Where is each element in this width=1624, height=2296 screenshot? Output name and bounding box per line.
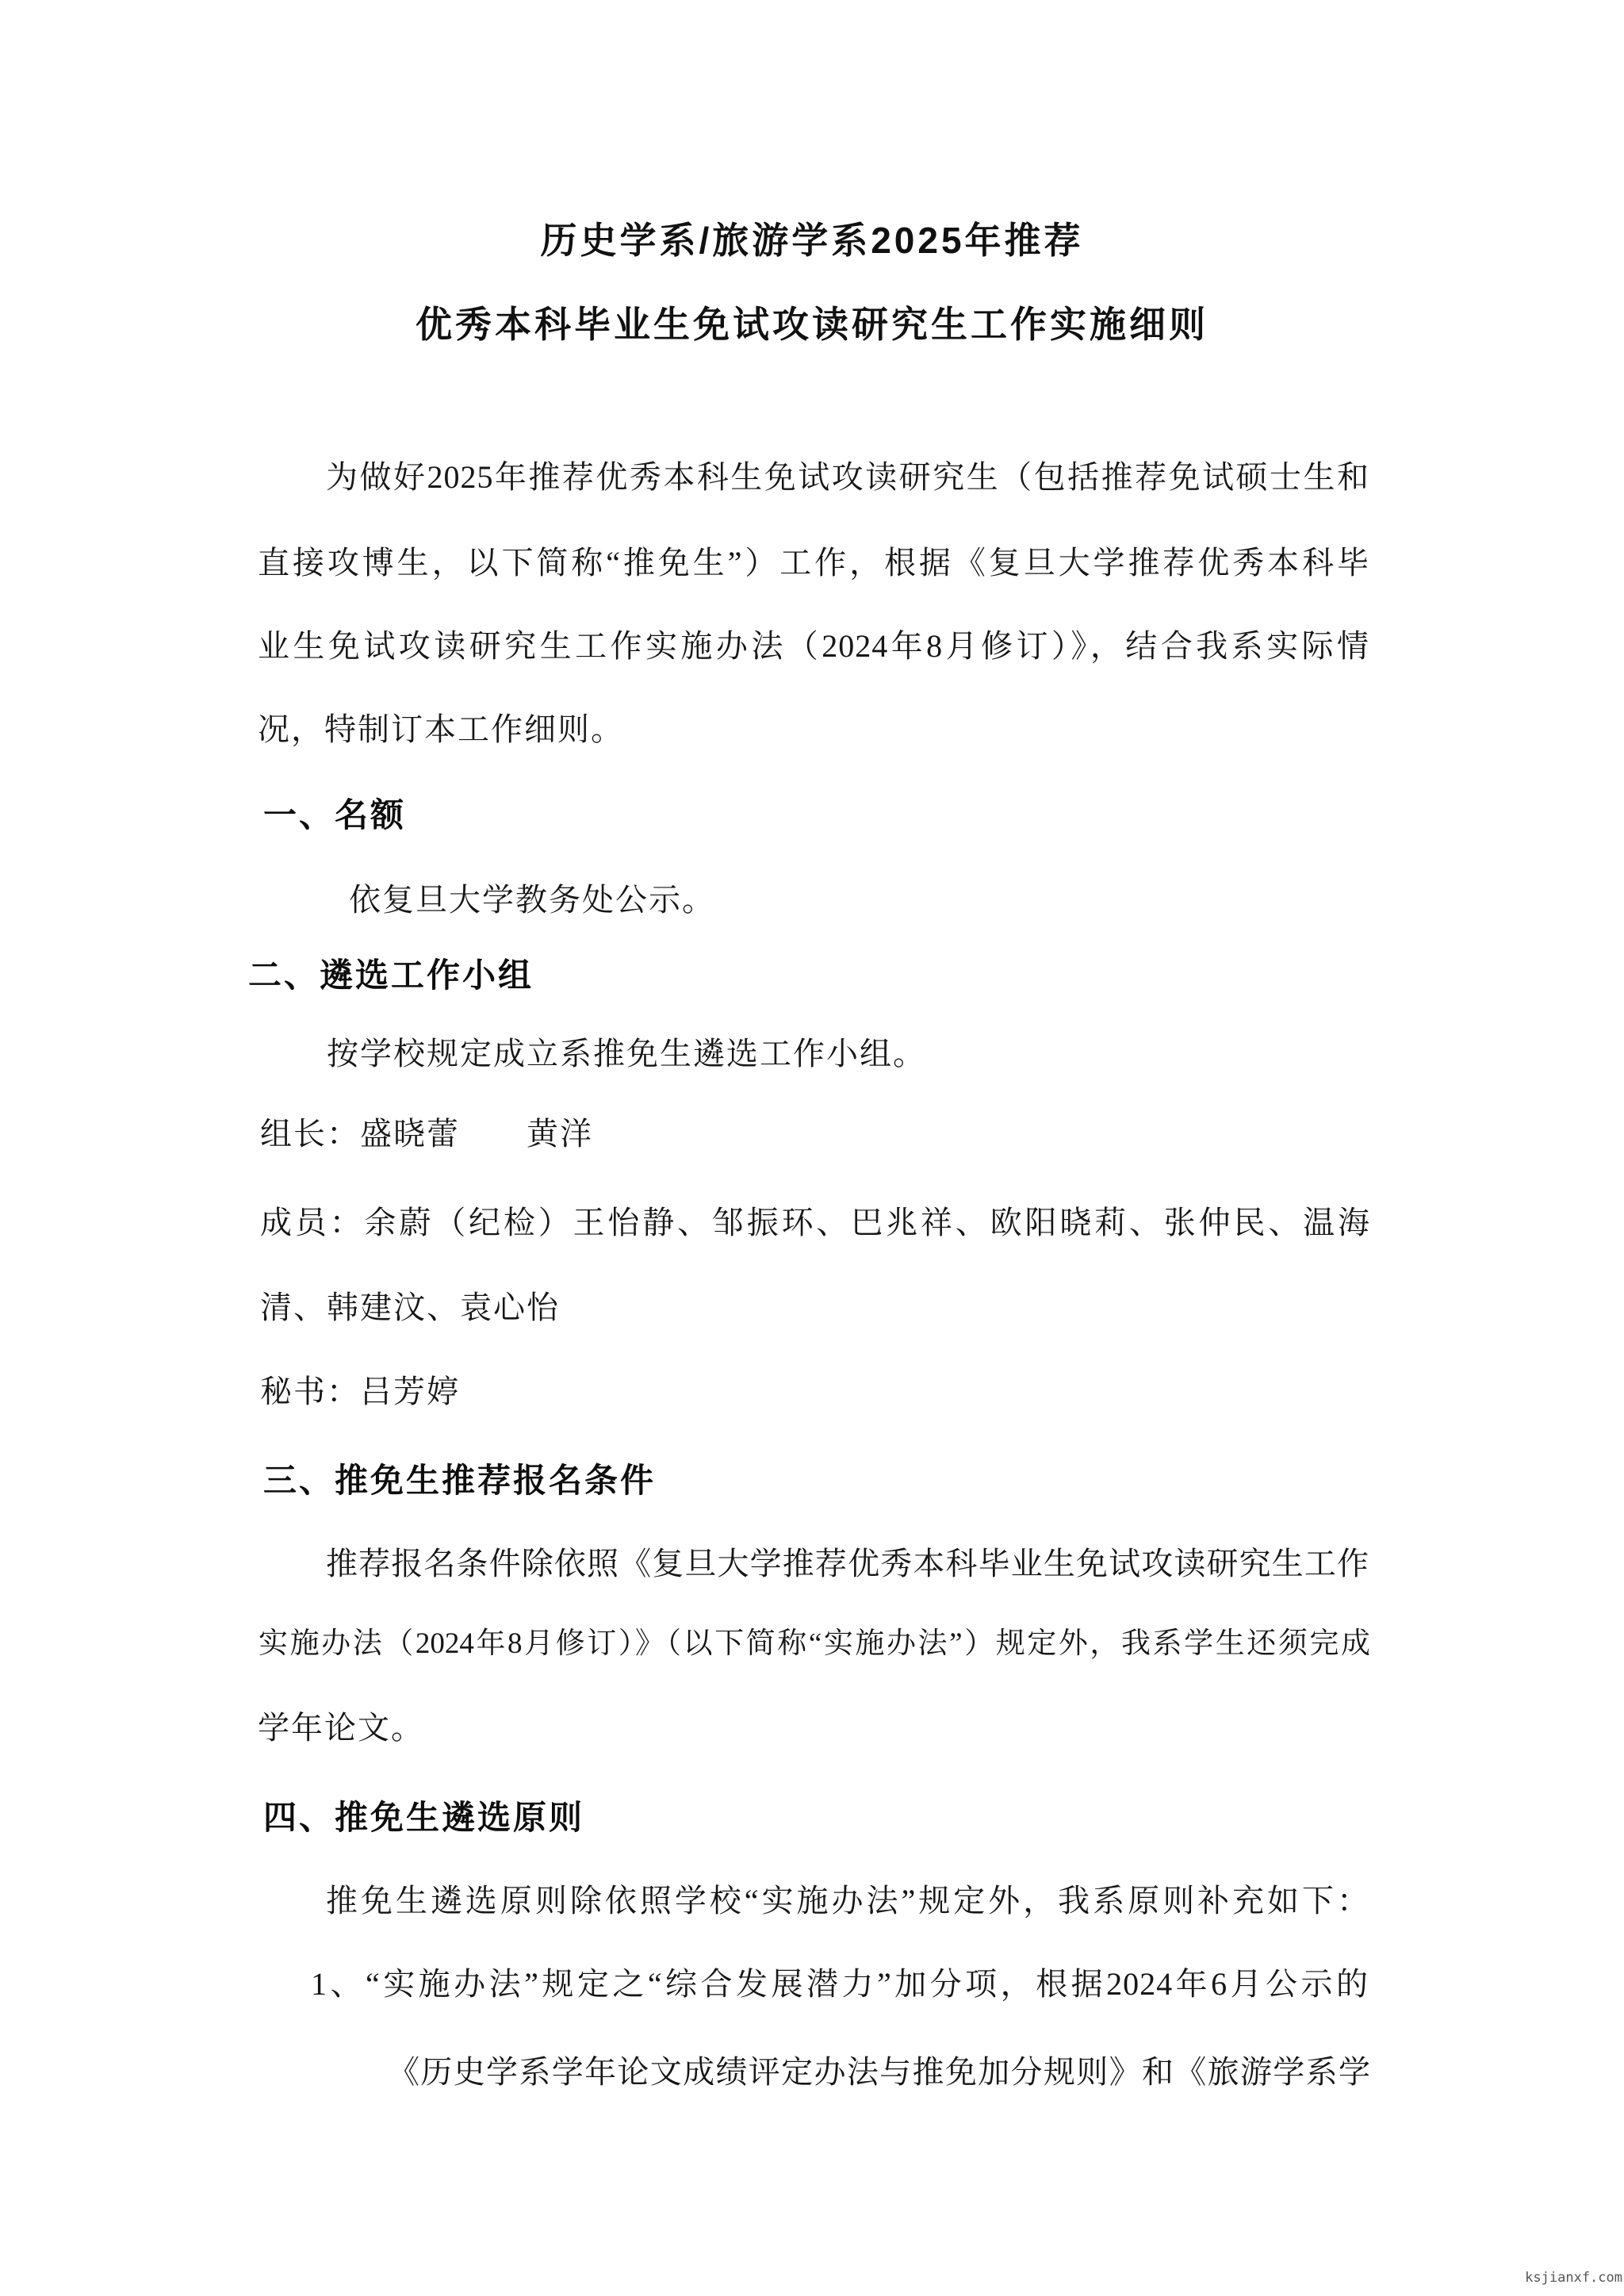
doc-title-line-2: 优秀本科毕业生免试攻读研究生工作实施细则	[0, 305, 1624, 345]
section-3-line-1: 推荐报名条件除依照《复旦大学推荐优秀本科毕业生免试攻读研究生工作	[326, 1545, 1369, 1583]
group-leader-line: 组长：盛晓蕾 黄洋	[260, 1115, 593, 1153]
intro-line-3: 业生免试攻读研究生工作实施办法（2024年8月修订）》，结合我系实际情	[258, 627, 1369, 665]
section-3-line-2: 实施办法（2024年8月修订）》（以下简称“实施办法”）规定外，我系学生还须完成	[259, 1627, 1370, 1662]
section-4-item-1-line-2: 《历史学系学年论文成绩评定办法与推免加分规则》和《旅游学系学	[388, 2053, 1371, 2091]
group-secretary-line: 秘书：吕芳婷	[260, 1373, 460, 1411]
section-1-body: 依复旦大学教务处公示。	[349, 881, 715, 919]
section-3-heading: 三、推免生推荐报名条件	[263, 1462, 656, 1501]
section-4-item-1-line-1: 1、“实施办法”规定之“综合发展潜力”加分项，根据2024年6月公示的	[311, 1965, 1369, 2003]
document-page: 历史学系/旅游学系2025年推荐 优秀本科毕业生免试攻读研究生工作实施细则 为做…	[0, 0, 1624, 2296]
section-2-heading: 二、遴选工作小组	[248, 956, 534, 996]
section-2-intro: 按学校规定成立系推免生遴选工作小组。	[327, 1035, 926, 1073]
section-4-intro: 推免生遴选原则除依照学校“实施办法”规定外，我系原则补充如下：	[326, 1882, 1369, 1920]
intro-line-4: 况，特制订本工作细则。	[258, 711, 624, 749]
section-3-line-3: 学年论文。	[258, 1709, 424, 1747]
intro-line-2: 直接攻博生，以下简称“推免生”）工作，根据《复旦大学推荐优秀本科毕	[258, 544, 1369, 582]
site-watermark: ksjianxf.com	[1525, 2270, 1622, 2286]
intro-line-1: 为做好2025年推荐优秀本科生免试攻读研究生（包括推荐免试硕士生和	[326, 458, 1369, 496]
group-members-line-2: 清、韩建汶、袁心怡	[260, 1289, 560, 1327]
doc-title-line-1: 历史学系/旅游学系2025年推荐	[0, 220, 1624, 261]
section-4-heading: 四、推免生遴选原则	[263, 1799, 584, 1838]
section-1-heading: 一、名额	[263, 796, 406, 836]
group-members-line-1: 成员：余蔚（纪检）王怡静、邹振环、巴兆祥、欧阳晓莉、张仲民、温海	[260, 1204, 1370, 1242]
